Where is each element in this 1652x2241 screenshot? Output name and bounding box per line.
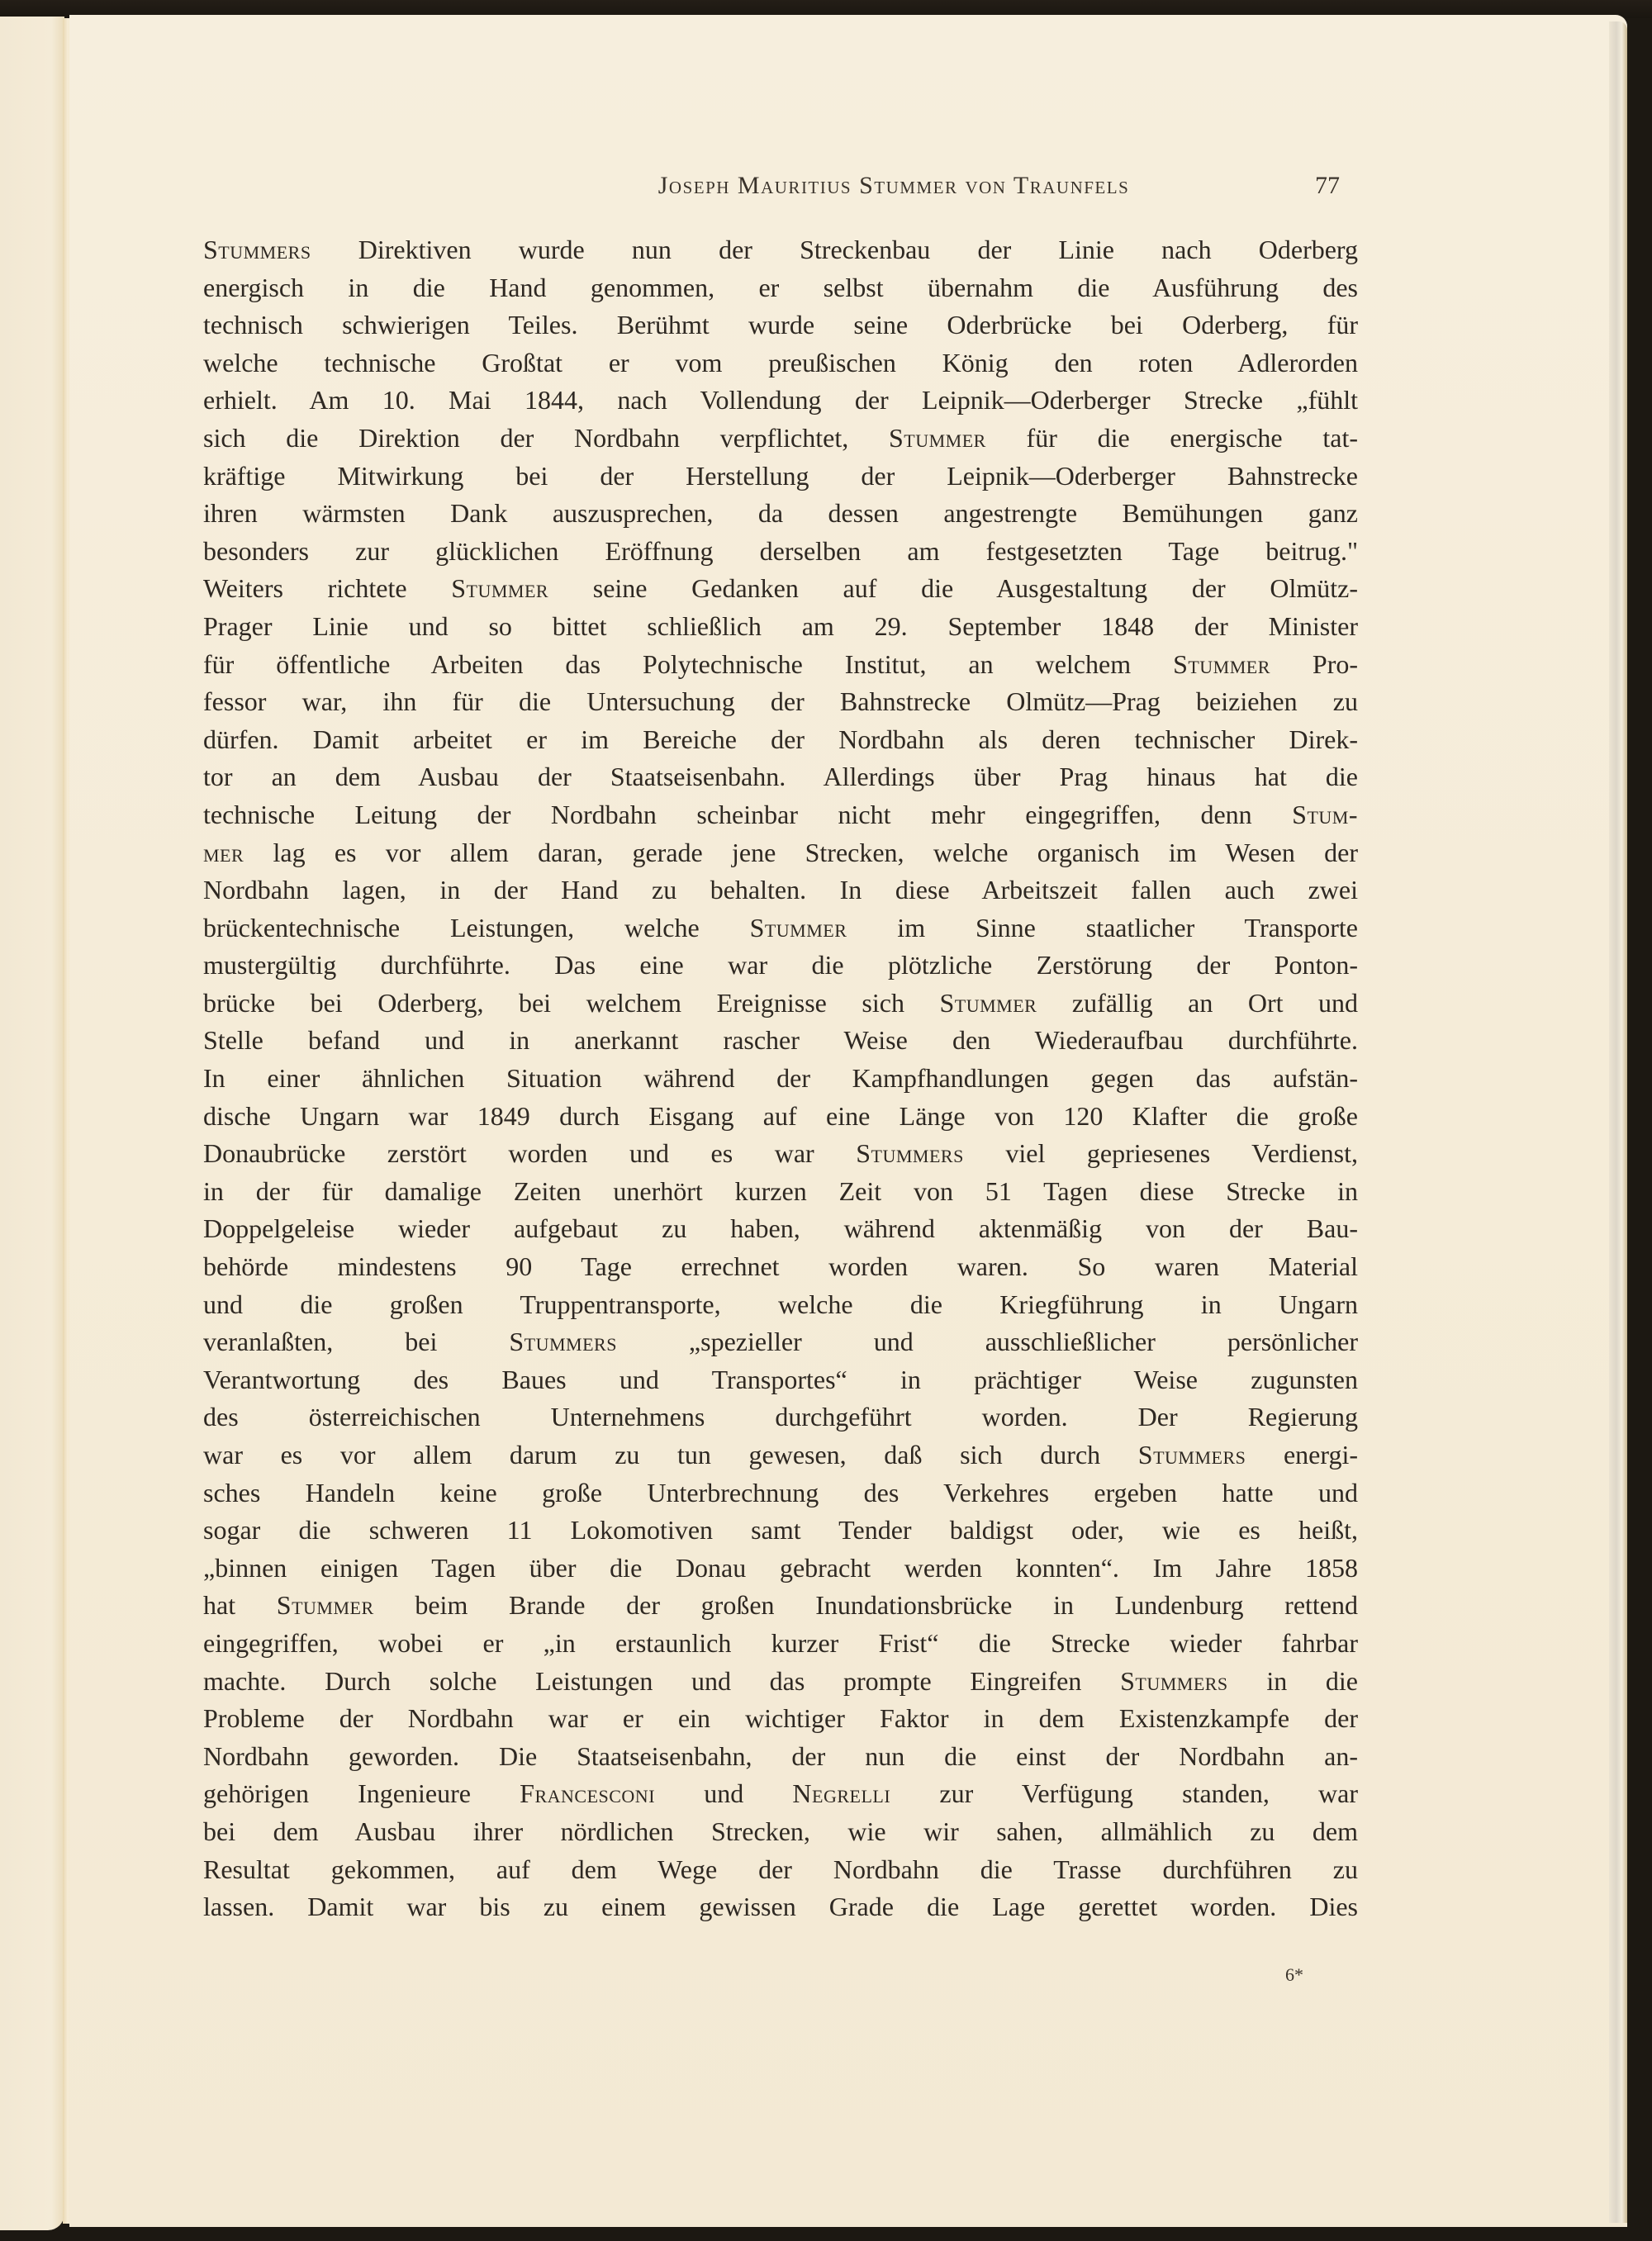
text-line: machte. Durch solche Leistungen und das …: [203, 1663, 1358, 1701]
text-run: behörde mindestens 90 Tage errechnet wor…: [203, 1251, 1358, 1281]
text-line: behörde mindestens 90 Tage errechnet wor…: [203, 1248, 1358, 1286]
text-run: machte. Durch solche Leistungen und das …: [203, 1666, 1120, 1696]
text-run: In einer ähnlichen Situation während der…: [203, 1063, 1358, 1093]
small-caps-name: Stummer: [451, 573, 548, 603]
text-run: Stelle befand und in anerkannt rascher W…: [203, 1025, 1358, 1055]
text-run: ihren wärmsten Dank auszusprechen, da de…: [203, 498, 1358, 528]
text-run: dische Ungarn war 1849 durch Eisgang auf…: [203, 1101, 1358, 1131]
small-caps-name: Stummers: [856, 1138, 964, 1168]
text-run: dürfen. Damit arbeitet er im Bereiche de…: [203, 724, 1358, 754]
text-run: welche technische Großtat er vom preußis…: [203, 348, 1358, 377]
text-run: des österreichischen Unternehmens durchg…: [203, 1402, 1358, 1431]
text-line: für öffentliche Arbeiten das Polytechnis…: [203, 646, 1358, 684]
text-run: technisch schwierigen Teiles. Berühmt wu…: [203, 310, 1358, 339]
text-run: sogar die schweren 11 Lokomotiven samt T…: [203, 1515, 1358, 1545]
text-line: dische Ungarn war 1849 durch Eisgang auf…: [203, 1098, 1358, 1136]
text-run: im Sinne staatlicher Transporte: [847, 913, 1358, 942]
text-run: tor an dem Ausbau der Staatseisenbahn. A…: [203, 762, 1358, 791]
text-run: in die: [1228, 1666, 1358, 1696]
text-line: Resultat gekommen, auf dem Wege der Nord…: [203, 1851, 1358, 1889]
text-line: technische Leitung der Nordbahn scheinba…: [203, 796, 1358, 834]
text-run: erhielt. Am 10. Mai 1844, nach Vollendun…: [203, 385, 1358, 415]
small-caps-name: Stummer: [1173, 649, 1270, 679]
text-run: Prager Linie und so bittet schließlich a…: [203, 611, 1358, 641]
text-line: Nordbahn geworden. Die Staatseisenbahn, …: [203, 1738, 1358, 1776]
text-run: kräftige Mitwirkung bei der Herstellung …: [203, 461, 1358, 491]
text-run: gehörigen Ingenieure: [203, 1778, 520, 1808]
text-run: sich die Direktion der Nordbahn verpflic…: [203, 423, 889, 453]
text-run: mustergültig durchführte. Das eine war d…: [203, 950, 1358, 980]
text-line: In einer ähnlichen Situation während der…: [203, 1060, 1358, 1098]
text-line: technisch schwierigen Teiles. Berühmt wu…: [203, 306, 1358, 344]
text-run: brücke bei Oderberg, bei welchem Ereigni…: [203, 988, 939, 1018]
text-line: dürfen. Damit arbeitet er im Bereiche de…: [203, 721, 1358, 759]
text-run: sches Handeln keine große Unterbrechnung…: [203, 1478, 1358, 1507]
text-run: zufällig an Ort und: [1037, 988, 1358, 1018]
small-caps-name: Stummer: [750, 913, 847, 942]
text-line: war es vor allem darum zu tun gewesen, d…: [203, 1436, 1358, 1474]
text-line: fessor war, ihn für die Untersuchung der…: [203, 683, 1358, 721]
text-line: brücke bei Oderberg, bei welchem Ereigni…: [203, 985, 1358, 1023]
text-line: mustergültig durchführte. Das eine war d…: [203, 947, 1358, 985]
text-line: sogar die schweren 11 Lokomotiven samt T…: [203, 1512, 1358, 1550]
text-run: lag es vor allem daran, gerade jene Stre…: [244, 838, 1358, 867]
text-line: Nordbahn lagen, in der Hand zu behalten.…: [203, 871, 1358, 909]
text-run: technische Leitung der Nordbahn scheinba…: [203, 800, 1292, 829]
text-run: Nordbahn lagen, in der Hand zu behalten.…: [203, 875, 1358, 904]
text-line: Verantwortung des Baues und Transportes“…: [203, 1361, 1358, 1399]
text-line: Stelle befand und in anerkannt rascher W…: [203, 1022, 1358, 1060]
text-line: brückentechnische Leistungen, welche Stu…: [203, 909, 1358, 947]
text-line: mer lag es vor allem daran, gerade jene …: [203, 834, 1358, 872]
text-line: Probleme der Nordbahn war er ein wichtig…: [203, 1700, 1358, 1738]
text-line: erhielt. Am 10. Mai 1844, nach Vollendun…: [203, 382, 1358, 420]
text-line: Weiters richtete Stummer seine Gedanken …: [203, 570, 1358, 608]
small-caps-name: Stummers: [1138, 1440, 1246, 1469]
text-run: bei dem Ausbau ihrer nördlichen Strecken…: [203, 1816, 1358, 1846]
text-line: sich die Direktion der Nordbahn verpflic…: [203, 420, 1358, 458]
text-run: „spezieller und ausschließlicher persönl…: [617, 1327, 1358, 1356]
text-line: ihren wärmsten Dank auszusprechen, da de…: [203, 495, 1358, 533]
running-head: Joseph Mauritius Stummer von Traunfels 7…: [69, 172, 1627, 205]
small-caps-name: mer: [203, 838, 244, 867]
text-line: sches Handeln keine große Unterbrechnung…: [203, 1474, 1358, 1512]
text-line: hat Stummer beim Brande der großen Inund…: [203, 1587, 1358, 1625]
body-text: Stummers Direktiven wurde nun der Streck…: [203, 231, 1358, 1926]
text-run: brückentechnische Leistungen, welche: [203, 913, 750, 942]
text-line: besonders zur glücklichen Eröffnung ders…: [203, 533, 1358, 571]
text-run: hat: [203, 1590, 277, 1620]
small-caps-name: Stummers: [1120, 1666, 1228, 1696]
text-run: veranlaßten, bei: [203, 1327, 509, 1356]
text-line: Doppelgeleise wieder aufgebaut zu haben,…: [203, 1210, 1358, 1248]
text-line: lassen. Damit war bis zu einem gewissen …: [203, 1888, 1358, 1926]
text-run: Nordbahn geworden. Die Staatseisenbahn, …: [203, 1741, 1358, 1771]
text-run: viel gepriesenes Verdienst,: [964, 1138, 1358, 1168]
text-run: war es vor allem darum zu tun gewesen, d…: [203, 1440, 1138, 1469]
text-run: Probleme der Nordbahn war er ein wichtig…: [203, 1703, 1358, 1733]
text-run: und: [655, 1778, 792, 1808]
text-run: Verantwortung des Baues und Transportes“…: [203, 1365, 1358, 1394]
text-run: Weiters richtete: [203, 573, 451, 603]
text-run: Resultat gekommen, auf dem Wege der Nord…: [203, 1854, 1358, 1884]
text-line: in der für damalige Zeiten unerhört kurz…: [203, 1173, 1358, 1211]
text-run: energi-: [1246, 1440, 1358, 1469]
text-run: „binnen einigen Tagen über die Donau geb…: [203, 1553, 1358, 1583]
text-line: veranlaßten, bei Stummers „spezieller un…: [203, 1323, 1358, 1361]
text-line: tor an dem Ausbau der Staatseisenbahn. A…: [203, 758, 1358, 796]
small-caps-name: Stummer: [889, 423, 986, 453]
book-page: Joseph Mauritius Stummer von Traunfels 7…: [69, 15, 1627, 2227]
small-caps-name: Negrelli: [792, 1778, 890, 1808]
text-line: gehörigen Ingenieure Francesconi und Neg…: [203, 1775, 1358, 1813]
text-run: Doppelgeleise wieder aufgebaut zu haben,…: [203, 1213, 1358, 1243]
small-caps-name: Stummer: [277, 1590, 374, 1620]
page-number: 77: [1315, 172, 1340, 200]
small-caps-name: Stummer: [939, 988, 1037, 1018]
text-run: seine Gedanken auf die Ausgestaltung der…: [548, 573, 1358, 603]
small-caps-name: Stum-: [1292, 800, 1358, 829]
text-run: für öffentliche Arbeiten das Polytechnis…: [203, 649, 1173, 679]
running-title: Joseph Mauritius Stummer von Traunfels: [69, 172, 1627, 200]
text-line: „binnen einigen Tagen über die Donau geb…: [203, 1550, 1358, 1588]
text-line: Prager Linie und so bittet schließlich a…: [203, 608, 1358, 646]
small-caps-name: Stummers: [509, 1327, 617, 1356]
text-run: lassen. Damit war bis zu einem gewissen …: [203, 1892, 1358, 1921]
text-run: zur Verfügung standen, war: [890, 1778, 1358, 1808]
text-run: in der für damalige Zeiten unerhört kurz…: [203, 1176, 1358, 1206]
text-run: fessor war, ihn für die Untersuchung der…: [203, 686, 1358, 716]
text-run: energisch in die Hand genommen, er selbs…: [203, 273, 1358, 302]
page-edge: [1609, 21, 1627, 2223]
text-line: bei dem Ausbau ihrer nördlichen Strecken…: [203, 1813, 1358, 1851]
text-line: welche technische Großtat er vom preußis…: [203, 344, 1358, 382]
text-line: energisch in die Hand genommen, er selbs…: [203, 269, 1358, 307]
small-caps-name: Stummers: [203, 235, 311, 264]
signature-mark: 6*: [1285, 1964, 1303, 1986]
text-run: Pro-: [1270, 649, 1358, 679]
text-line: kräftige Mitwirkung bei der Herstellung …: [203, 458, 1358, 496]
text-run: besonders zur glücklichen Eröffnung ders…: [203, 536, 1358, 566]
text-run: eingegriffen, wobei er „in erstaunlich k…: [203, 1628, 1358, 1658]
text-line: des österreichischen Unternehmens durchg…: [203, 1398, 1358, 1436]
text-line: Stummers Direktiven wurde nun der Streck…: [203, 231, 1358, 269]
small-caps-name: Francesconi: [520, 1778, 655, 1808]
text-line: Donaubrücke zerstört worden und es war S…: [203, 1135, 1358, 1173]
text-run: und die großen Truppentransporte, welche…: [203, 1289, 1358, 1319]
previous-page-edge: [0, 17, 64, 2230]
text-run: für die energische tat-: [986, 423, 1358, 453]
text-run: Direktiven wurde nun der Streckenbau der…: [311, 235, 1358, 264]
text-line: und die großen Truppentransporte, welche…: [203, 1286, 1358, 1324]
text-run: beim Brande der großen Inundationsbrücke…: [374, 1590, 1358, 1620]
text-line: eingegriffen, wobei er „in erstaunlich k…: [203, 1625, 1358, 1663]
text-run: Donaubrücke zerstört worden und es war: [203, 1138, 856, 1168]
